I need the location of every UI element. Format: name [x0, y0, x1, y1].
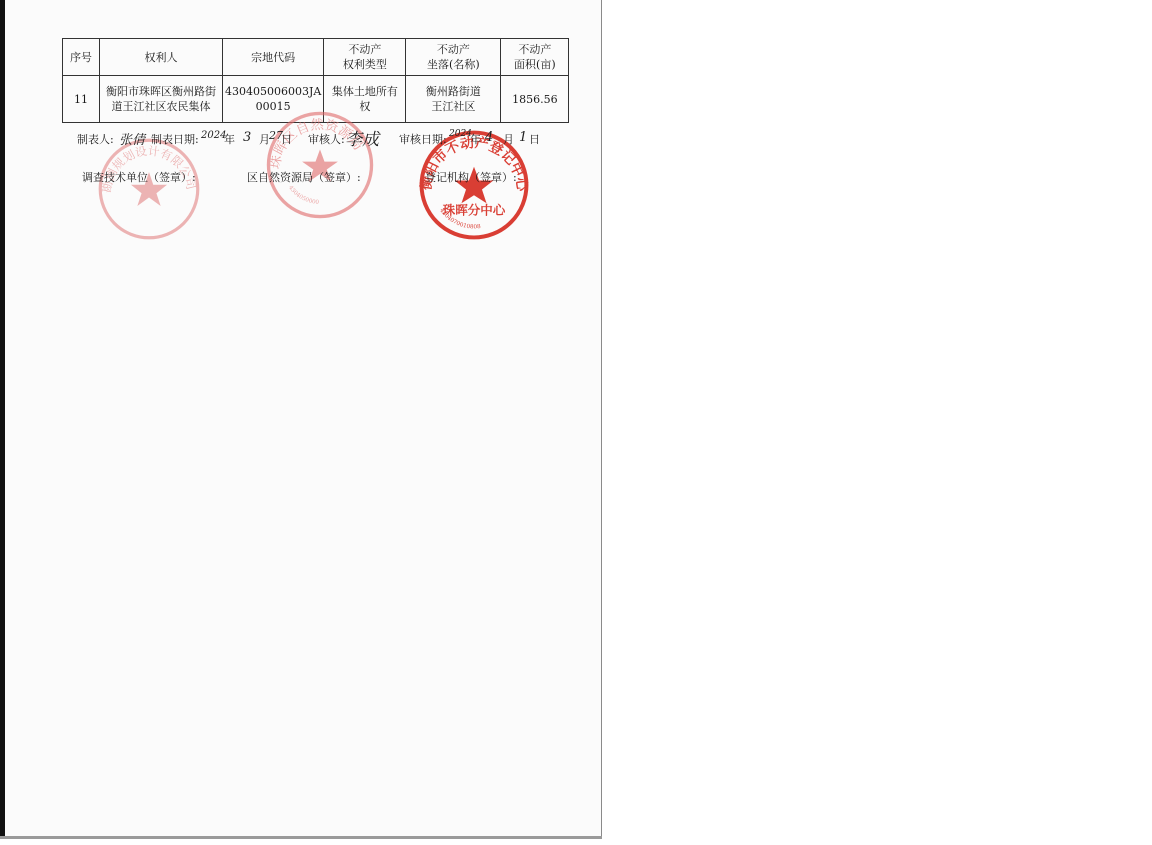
table-header-row: 序号 权利人 宗地代码 不动产权利类型 不动产坐落(名称) 不动产面积(亩) — [63, 39, 569, 76]
svg-text:4304050000: 4304050000 — [287, 185, 320, 206]
header-location: 不动产坐落(名称) — [406, 39, 501, 76]
table-row: 11 衡阳市珠晖区衡州路街道王江社区农民集体 430405006003JA000… — [63, 76, 569, 123]
reviewer-signature: 李成 — [345, 125, 379, 150]
cell-area: 1856.56 — [501, 76, 569, 123]
registry-seal-label: 登记机构（签章）: — [425, 169, 517, 185]
svg-text:4304070010808: 4304070010808 — [438, 208, 481, 231]
review-year-unit: 年 — [470, 131, 481, 147]
survey-company-stamp: 勘测规划设计有限公司 — [96, 134, 202, 244]
prepared-date-label: 制表日期: — [151, 131, 199, 147]
review-month-unit: 月 — [503, 131, 514, 147]
survey-unit-seal-label: 调查技术单位（签章）: — [82, 169, 196, 185]
cell-holder: 衡阳市珠晖区衡州路街道王江社区农民集体 — [100, 76, 223, 123]
land-register-table: 序号 权利人 宗地代码 不动产权利类型 不动产坐落(名称) 不动产面积(亩) 1… — [62, 38, 569, 123]
review-month: 4 — [485, 130, 493, 145]
header-area: 不动产面积(亩) — [501, 39, 569, 76]
review-day-unit: 日 — [529, 131, 540, 147]
review-date-label: 审核日期: — [399, 131, 447, 147]
scan-bottom-edge — [0, 836, 602, 839]
cell-location: 衡州路街道王江社区 — [406, 76, 501, 123]
header-holder: 权利人 — [100, 39, 223, 76]
header-parcel-code: 宗地代码 — [223, 39, 324, 76]
day-unit: 日 — [281, 131, 292, 147]
svg-text:珠晖分中心: 珠晖分中心 — [443, 203, 506, 218]
cell-right-type: 集体土地所有权 — [324, 76, 406, 123]
scanned-page: 序号 权利人 宗地代码 不动产权利类型 不动产坐落(名称) 不动产面积(亩) 1… — [0, 0, 602, 838]
review-year: 2024 — [449, 129, 472, 139]
prepared-year: 2024 — [201, 130, 226, 141]
review-day: 1 — [519, 130, 527, 145]
resource-bureau-seal-label: 区自然资源局（签章）: — [247, 169, 361, 185]
header-index: 序号 — [63, 39, 100, 76]
preparer-signature: 张倩 — [119, 129, 145, 148]
cell-index: 11 — [63, 76, 100, 123]
year-unit: 年 — [224, 131, 235, 147]
prepared-month: 3 — [243, 130, 251, 145]
header-right-type: 不动产权利类型 — [324, 39, 406, 76]
preparer-label: 制表人: — [77, 131, 114, 147]
cell-parcel-code: 430405006003JA00015 — [223, 76, 324, 123]
scan-edge — [0, 0, 5, 838]
reviewer-label: 审核人: — [308, 131, 345, 147]
